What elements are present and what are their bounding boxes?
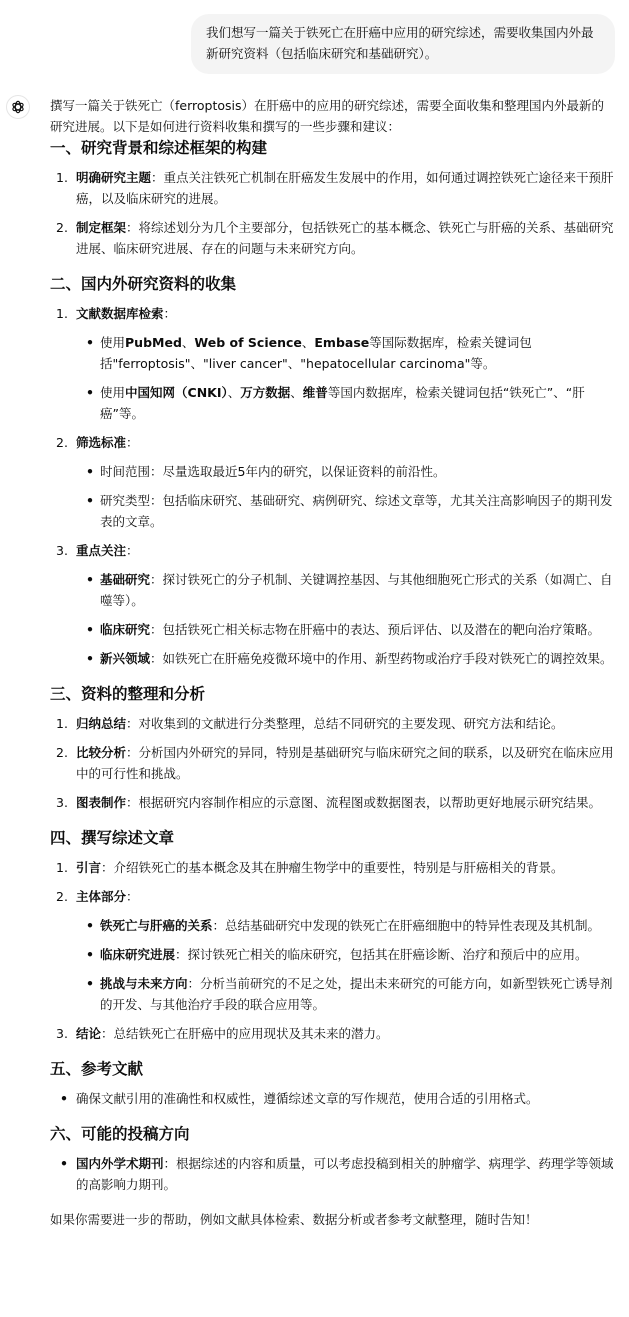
list-item: •临床研究进展：探讨铁死亡相关的临床研究，包括其在肝癌诊断、治疗和预后中的应用。 bbox=[50, 944, 616, 965]
list-item: 2.制定框架：将综述划分为几个主要部分，包括铁死亡的基本概念、铁死亡与肝癌的关系… bbox=[50, 217, 616, 259]
list-item: 1.归纳总结：对收集到的文献进行分类整理，总结不同研究的主要发现、研究方法和结论… bbox=[50, 713, 616, 734]
list-item: •铁死亡与肝癌的关系：总结基础研究中发现的铁死亡在肝癌细胞中的特异性表现及其机制… bbox=[50, 915, 616, 936]
section-heading: 二、国内外研究资料的收集 bbox=[50, 273, 616, 295]
bullet-icon: • bbox=[86, 648, 94, 669]
bullet-icon: • bbox=[86, 490, 94, 511]
list-item: 2.比较分析：分析国内外研究的异同，特别是基础研究与临床研究之间的联系，以及研究… bbox=[50, 742, 616, 784]
list-item: •研究类型：包括临床研究、基础研究、病例研究、综述文章等，尤其关注高影响因子的期… bbox=[50, 490, 616, 532]
list-item: •新兴领域：如铁死亡在肝癌免疫微环境中的作用、新型药物或治疗手段对铁死亡的调控效… bbox=[50, 648, 616, 669]
section-heading: 五、参考文献 bbox=[50, 1058, 616, 1080]
list-item: 2.筛选标准： bbox=[50, 432, 616, 453]
list-item: •使用中国知网（CNKI）、万方数据、维普等国内数据库，检索关键词包括“铁死亡”… bbox=[50, 382, 616, 424]
list-item: •确保文献引用的准确性和权威性，遵循综述文章的写作规范，使用合适的引用格式。 bbox=[50, 1088, 616, 1109]
section-3: 三、资料的整理和分析 1.归纳总结：对收集到的文献进行分类整理，总结不同研究的主… bbox=[50, 683, 616, 813]
intro-paragraph: 撰写一篇关于铁死亡（ferroptosis）在肝癌中的应用的研究综述，需要全面收… bbox=[50, 95, 616, 137]
bullet-icon: • bbox=[86, 973, 94, 994]
list-item: •基础研究：探讨铁死亡的分子机制、关键调控基因、与其他细胞死亡形式的关系（如凋亡… bbox=[50, 569, 616, 611]
list-item: 3.结论：总结铁死亡在肝癌中的应用现状及其未来的潜力。 bbox=[50, 1023, 616, 1044]
section-heading: 六、可能的投稿方向 bbox=[50, 1123, 616, 1145]
bullet-icon: • bbox=[86, 569, 94, 590]
list-item: •临床研究：包括铁死亡相关标志物在肝癌中的表达、预后评估、以及潜在的靶向治疗策略… bbox=[50, 619, 616, 640]
list-item: 3.重点关注： bbox=[50, 540, 616, 561]
section-1: 一、研究背景和综述框架的构建 1.明确研究主题：重点关注铁死亡机制在肝癌发生发展… bbox=[50, 137, 616, 259]
bullet-icon: • bbox=[86, 619, 94, 640]
closing-paragraph: 如果你需要进一步的帮助，例如文献具体检索、数据分析或者参考文献整理，随时告知！ bbox=[50, 1209, 616, 1230]
list-item: •使用PubMed、Web of Science、Embase等国际数据库，检索… bbox=[50, 332, 616, 374]
section-4: 四、撰写综述文章 1.引言：介绍铁死亡的基本概念及其在肿瘤生物学中的重要性，特别… bbox=[50, 827, 616, 1044]
section-heading: 三、资料的整理和分析 bbox=[50, 683, 616, 705]
list-item: •挑战与未来方向：分析当前研究的不足之处，提出未来研究的可能方向，如新型铁死亡诱… bbox=[50, 973, 616, 1015]
section-heading: 一、研究背景和综述框架的构建 bbox=[50, 137, 616, 159]
section-6: 六、可能的投稿方向 •国内外学术期刊：根据综述的内容和质量，可以考虑投稿到相关的… bbox=[50, 1123, 616, 1195]
section-heading: 四、撰写综述文章 bbox=[50, 827, 616, 849]
section-5: 五、参考文献 •确保文献引用的准确性和权威性，遵循综述文章的写作规范，使用合适的… bbox=[50, 1058, 616, 1109]
openai-logo-icon bbox=[6, 95, 30, 119]
assistant-content: 撰写一篇关于铁死亡（ferroptosis）在肝癌中的应用的研究综述，需要全面收… bbox=[50, 95, 616, 1230]
user-message-row: 我们想写一篇关于铁死亡在肝癌中应用的研究综述，需要收集国内外最新研究资料（包括临… bbox=[191, 14, 615, 74]
bullet-icon: • bbox=[86, 944, 94, 965]
bullet-icon: • bbox=[86, 382, 94, 403]
list-item: 3.图表制作：根据研究内容制作相应的示意图、流程图或数据图表，以帮助更好地展示研… bbox=[50, 792, 616, 813]
bullet-icon: • bbox=[60, 1153, 68, 1174]
list-item: •国内外学术期刊：根据综述的内容和质量，可以考虑投稿到相关的肿瘤学、病理学、药理… bbox=[50, 1153, 616, 1195]
list-item: 1.文献数据库检索： bbox=[50, 303, 616, 324]
list-item: 1.引言：介绍铁死亡的基本概念及其在肿瘤生物学中的重要性，特别是与肝癌相关的背景… bbox=[50, 857, 616, 878]
bullet-icon: • bbox=[60, 1088, 68, 1109]
bullet-icon: • bbox=[86, 461, 94, 482]
user-message-bubble: 我们想写一篇关于铁死亡在肝癌中应用的研究综述，需要收集国内外最新研究资料（包括临… bbox=[191, 14, 615, 74]
list-item: 1.明确研究主题：重点关注铁死亡机制在肝癌发生发展中的作用，如何通过调控铁死亡途… bbox=[50, 167, 616, 209]
bullet-icon: • bbox=[86, 332, 94, 353]
bullet-icon: • bbox=[86, 915, 94, 936]
list-item: 2.主体部分： bbox=[50, 886, 616, 907]
list-item: •时间范围：尽量选取最近5年内的研究，以保证资料的前沿性。 bbox=[50, 461, 616, 482]
section-2: 二、国内外研究资料的收集 1.文献数据库检索： •使用PubMed、Web of… bbox=[50, 273, 616, 669]
